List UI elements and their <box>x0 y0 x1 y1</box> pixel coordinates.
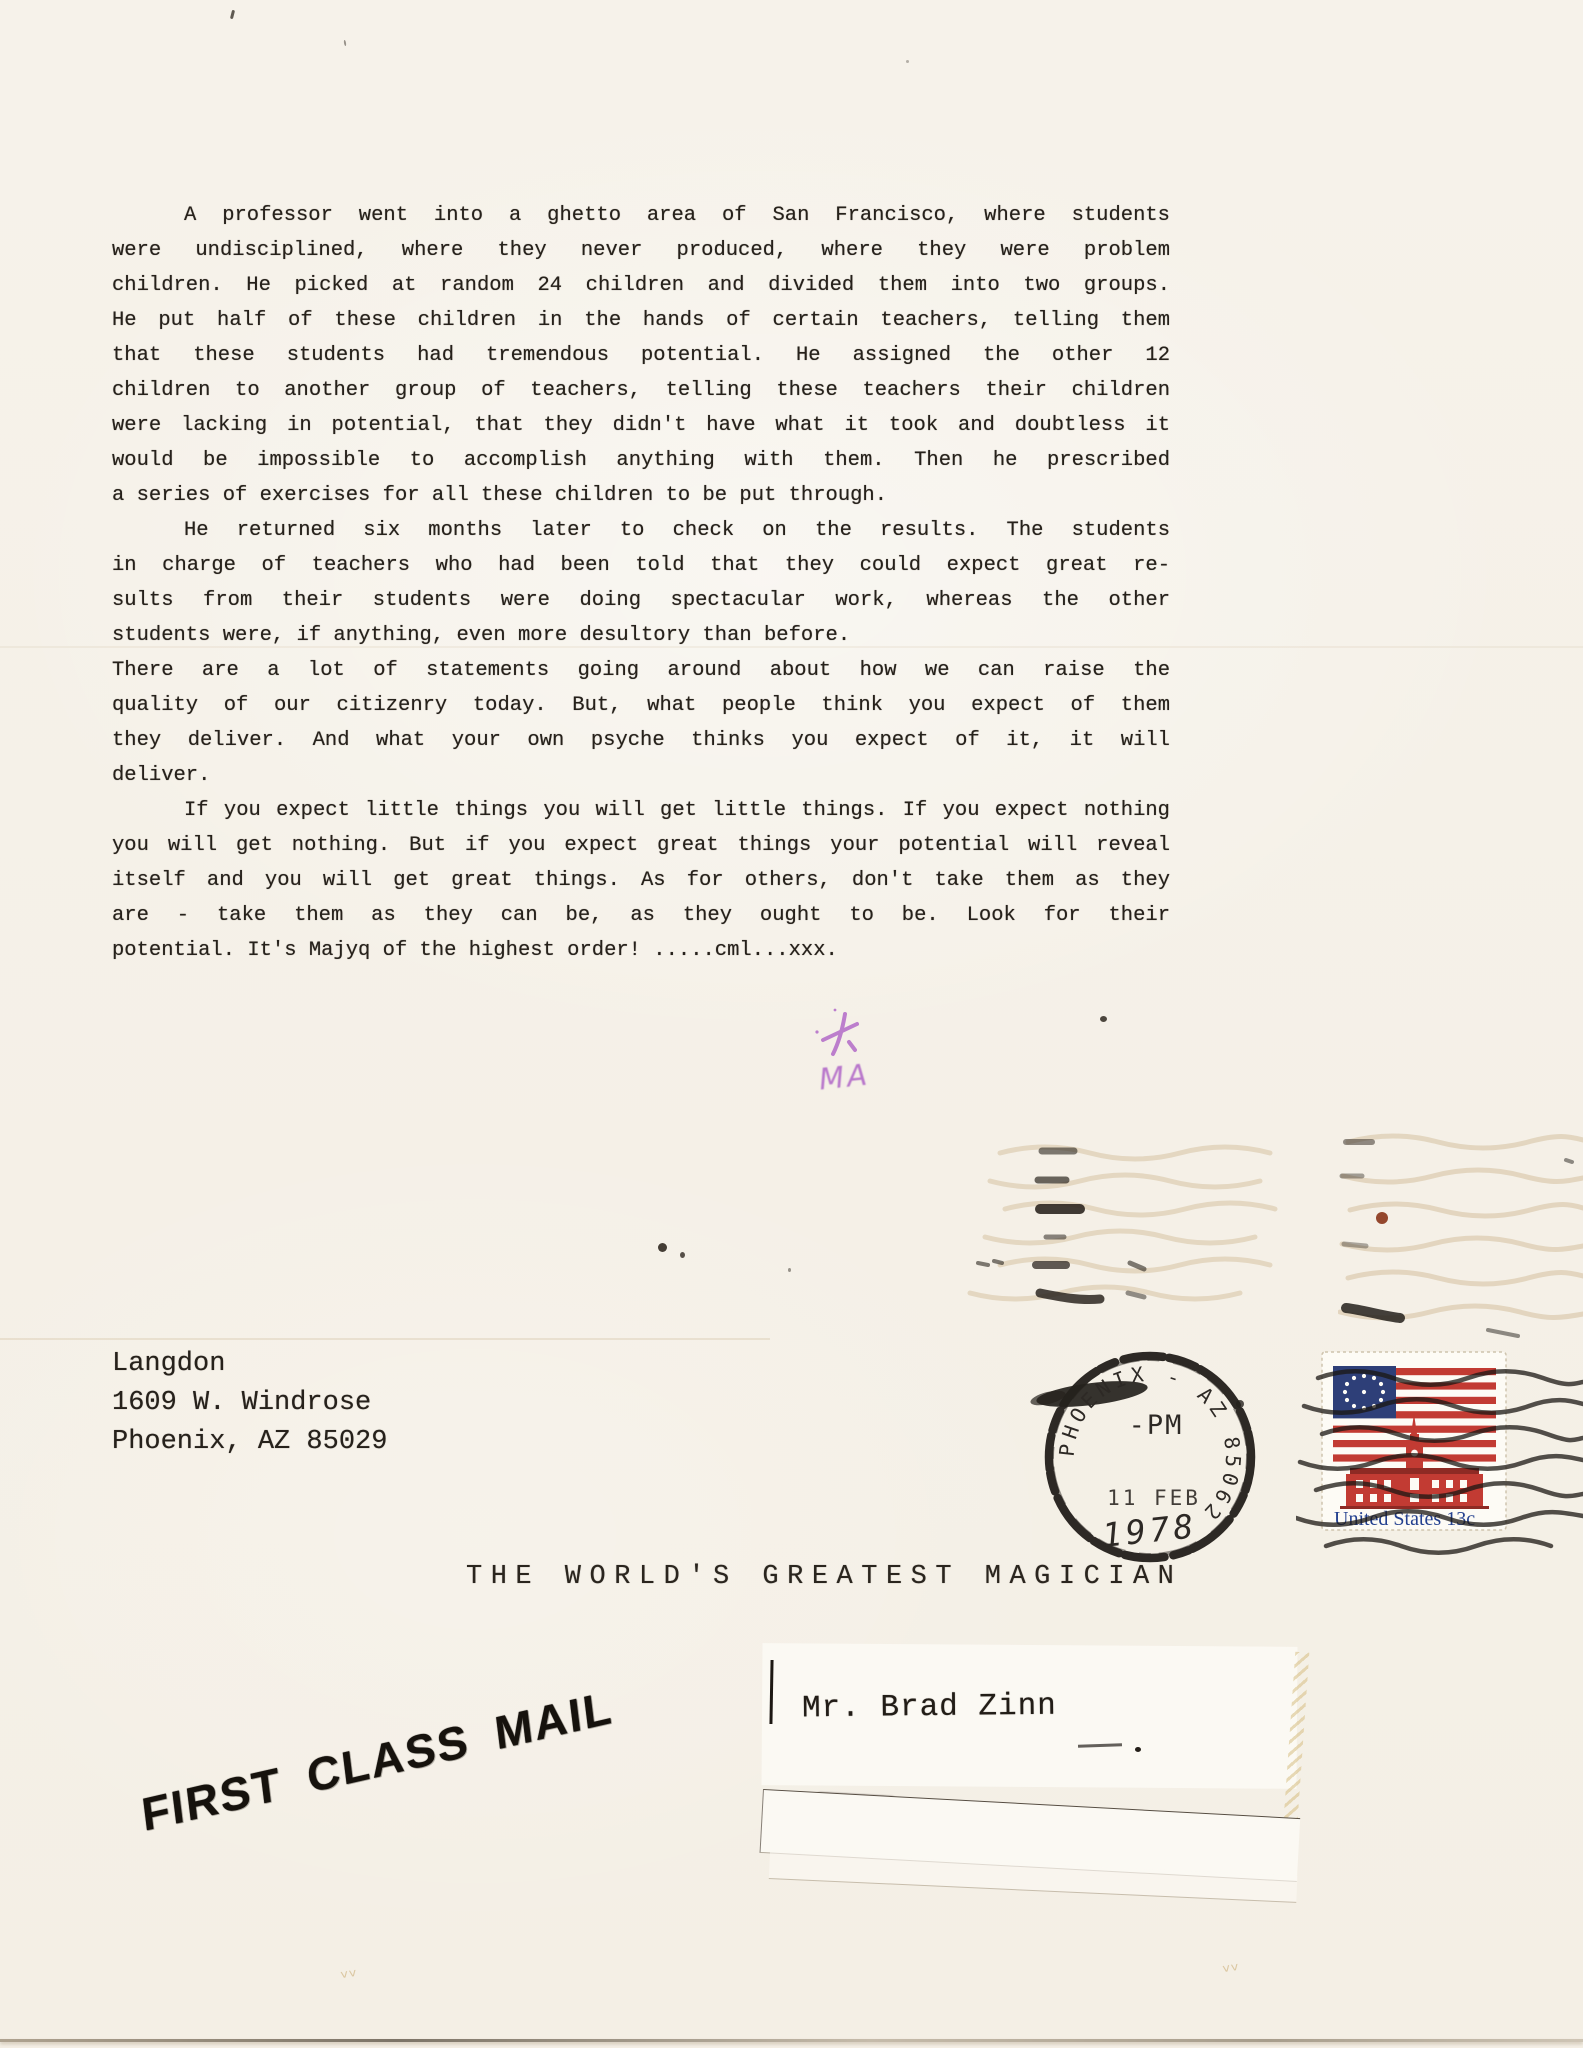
letter-line: were lacking in potential, that they did… <box>112 408 1170 443</box>
letter-line: itself and you will get great things. As… <box>112 863 1170 898</box>
letter-line: sults from their students were doing spe… <box>112 583 1170 618</box>
pen-dot-mark <box>1135 1747 1141 1752</box>
ink-dot <box>1100 1016 1107 1022</box>
cancel-waves-over-stamp <box>1296 1366 1583 1576</box>
letter-line: you will get nothing. But if you expect … <box>112 828 1170 863</box>
cancel-wave-band-right <box>1338 1120 1583 1350</box>
letter-line: There are a lot of statements going arou… <box>112 653 1170 688</box>
purple-initials: MA <box>817 1057 871 1096</box>
recipient-name: Mr. Brad Zinn <box>802 1689 1057 1727</box>
letter-line: A professor went into a ghetto area of S… <box>112 198 1170 233</box>
return-address: Langdon 1609 W. Windrose Phoenix, AZ 850… <box>112 1345 387 1462</box>
letter-line: in charge of teachers who had been told … <box>112 548 1170 583</box>
letter-line: children to another group of teachers, t… <box>112 373 1170 408</box>
letter-line: they deliver. And what your own psyche t… <box>112 723 1170 758</box>
letter-line: deliver. <box>112 758 1170 793</box>
letter-line: a series of exercises for all these chil… <box>112 478 1170 513</box>
letter-line: If you expect little things you will get… <box>112 793 1170 828</box>
return-address-line: Langdon <box>112 1345 387 1384</box>
letter-line: He returned six months later to check on… <box>112 513 1170 548</box>
slogan-text: THE WORLD'S GREATEST MAGICIAN <box>466 1562 1182 1592</box>
fold-crease <box>0 1338 770 1340</box>
cancel-wave-band-left <box>960 1135 1290 1325</box>
tan-smudge: ᵥᵥ <box>338 1957 358 1983</box>
paper-speck <box>906 60 909 63</box>
letter-line: were undisciplined, where they never pro… <box>112 233 1170 268</box>
return-address-line: Phoenix, AZ 85029 <box>112 1423 387 1462</box>
letter-line: that these students had tremendous poten… <box>112 338 1170 373</box>
return-address-line: 1609 W. Windrose <box>112 1384 387 1423</box>
purple-handling-mark: MA <box>805 1002 915 1122</box>
letter-line: potential. It's Majyq of the highest ord… <box>112 933 1170 968</box>
postmark-time: -PM <box>1129 1410 1184 1441</box>
letter-line: He put half of these children in the han… <box>112 303 1170 338</box>
letter-line: quality of our citizenry today. But, wha… <box>112 688 1170 723</box>
ink-dot <box>788 1268 791 1272</box>
scanned-envelope-letter: A professor went into a ghetto area of S… <box>0 0 1583 2048</box>
paper-speck <box>230 10 235 19</box>
letter-line: children. He picked at random 24 childre… <box>112 268 1170 303</box>
page-bottom-edge <box>0 2039 1583 2042</box>
letter-line: are - take them as they can be, as they … <box>112 898 1170 933</box>
ink-dot <box>658 1243 667 1252</box>
ink-dot <box>680 1252 685 1258</box>
letter-line: would be impossible to accomplish anythi… <box>112 443 1170 478</box>
letter-line: students were, if anything, even more de… <box>112 618 1170 653</box>
letter-body: A professor went into a ghetto area of S… <box>112 198 1170 968</box>
first-class-mail-handstamp: FIRST CLASS MAIL <box>139 1679 616 1841</box>
tan-smudge: ᵥᵥ <box>1220 1951 1240 1977</box>
paper-speck <box>343 40 346 46</box>
